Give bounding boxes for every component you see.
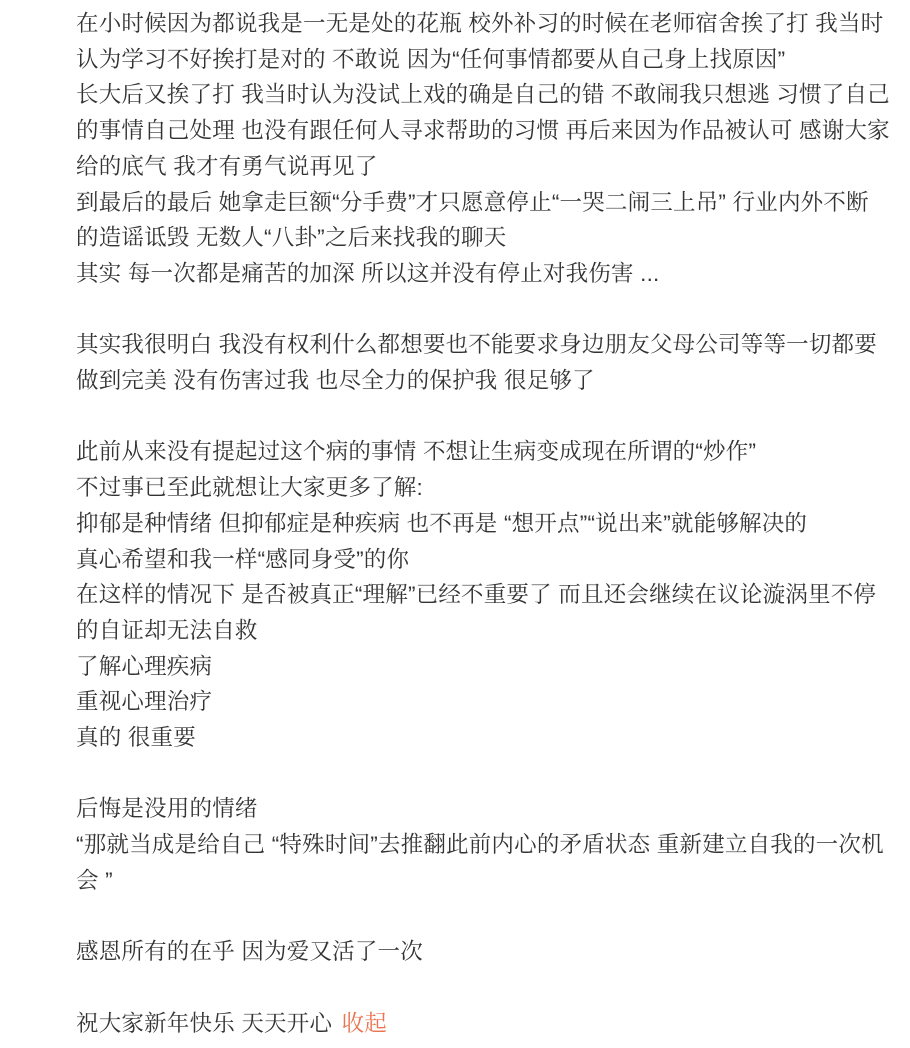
text-line: 做到完美 没有伤害过我 也尽全力的保护我 很足够了 [76, 363, 892, 399]
text-line: 重视心理治疗 [76, 684, 892, 720]
text-line: 其实 每一次都是痛苦的加深 所以这并没有停止对我伤害 ... [76, 256, 892, 292]
collapse-link[interactable]: 收起 [342, 1011, 387, 1036]
text-line: 真心希望和我一样“感同身受”的你 [76, 542, 892, 578]
text-line: 了解心理疾病 [76, 649, 892, 685]
text-line: 其实我很明白 我没有权利什么都想要也不能要求身边朋友父母公司等等一切都要 [76, 327, 892, 363]
text-line: 的造谣诋毁 无数人“八卦”之后来找我的聊天 [76, 220, 892, 256]
text-line: 后悔是没用的情绪 [76, 791, 892, 827]
text-line: 在这样的情况下 是否被真正“理解”已经不重要了 而且还会继续在议论漩涡里不停 [76, 577, 892, 613]
post-paragraph: 其实我很明白 我没有权利什么都想要也不能要求身边朋友父母公司等等一切都要做到完美… [76, 327, 892, 398]
text-line: 认为学习不好挨打是对的 不敢说 因为“任何事情都要从自己身上找原因” [76, 42, 892, 78]
post-paragraph: 祝大家新年快乐 天天开心收起 [76, 1006, 892, 1042]
text-line: 到最后的最后 她拿走巨额“分手费”才只愿意停止“一哭二闹三上吊” 行业内外不断 [76, 185, 892, 221]
text-line: 感恩所有的在乎 因为爱又活了一次 [76, 934, 892, 970]
text-line: 不过事已至此就想让大家更多了解: [76, 470, 892, 506]
post-body: 在小时候因为都说我是一无是处的花瓶 校外补习的时候在老师宿舍挨了打 我当时认为学… [0, 0, 910, 1041]
text-line: 的自证却无法自救 [76, 613, 892, 649]
text-line: “那就当成是给自己 “特殊时间”去推翻此前内心的矛盾状态 重新建立自我的一次机 [76, 827, 892, 863]
post-paragraph: 在小时候因为都说我是一无是处的花瓶 校外补习的时候在老师宿舍挨了打 我当时认为学… [76, 6, 892, 292]
text-line: 此前从来没有提起过这个病的事情 不想让生病变成现在所谓的“炒作” [76, 434, 892, 470]
post-paragraph: 感恩所有的在乎 因为爱又活了一次 [76, 934, 892, 970]
post-paragraph: 此前从来没有提起过这个病的事情 不想让生病变成现在所谓的“炒作”不过事已至此就想… [76, 434, 892, 755]
text-line: 在小时候因为都说我是一无是处的花瓶 校外补习的时候在老师宿舍挨了打 我当时 [76, 6, 892, 42]
text-line: 给的底气 我才有勇气说再见了 [76, 149, 892, 185]
text-line: 的事情自己处理 也没有跟任何人寻求帮助的习惯 再后来因为作品被认可 感谢大家 [76, 113, 892, 149]
text-line: 会 ” [76, 863, 892, 899]
text-line: 祝大家新年快乐 天天开心收起 [76, 1006, 892, 1042]
post-paragraph: 后悔是没用的情绪“那就当成是给自己 “特殊时间”去推翻此前内心的矛盾状态 重新建… [76, 791, 892, 898]
text-line: 真的 很重要 [76, 720, 892, 756]
text-line: 抑郁是种情绪 但抑郁症是种疾病 也不再是 “想开点”“说出来”就能够解决的 [76, 506, 892, 542]
text-line: 长大后又挨了打 我当时认为没试上戏的确是自己的错 不敢闹我只想逃 习惯了自己 [76, 77, 892, 113]
